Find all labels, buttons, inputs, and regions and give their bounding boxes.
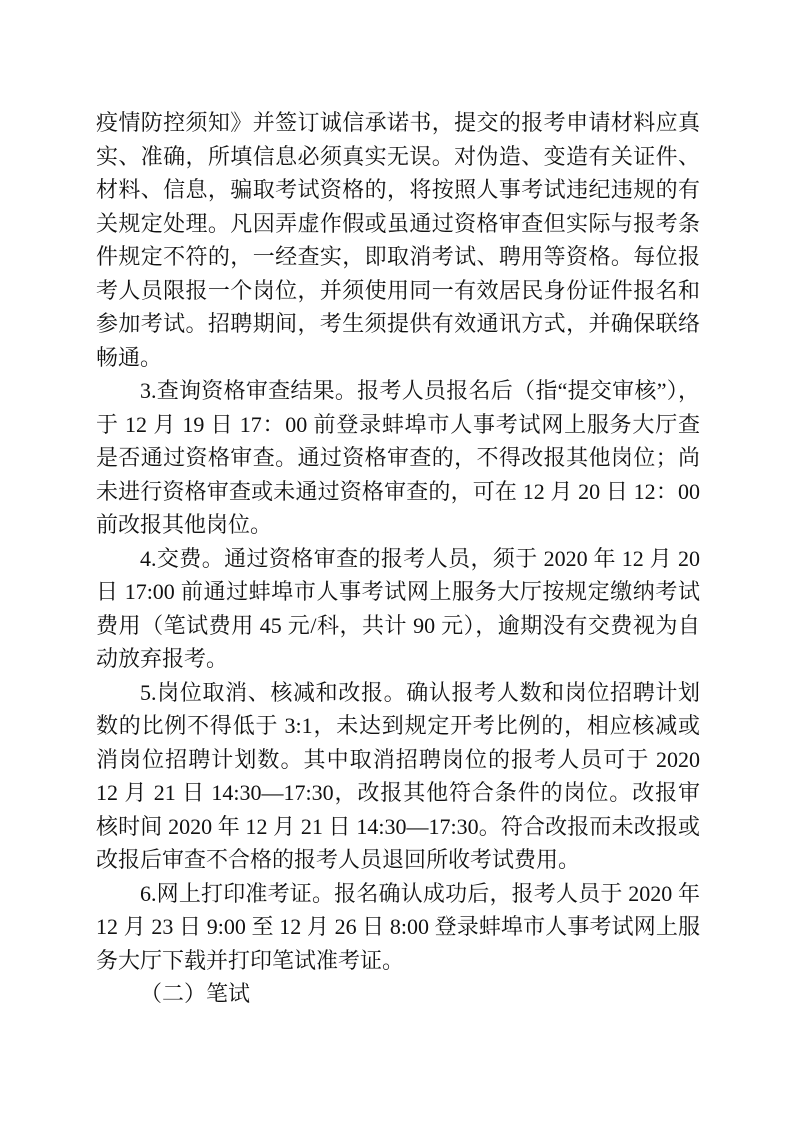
text-line: 5.岗位取消、核减和改报。确认报考人数和岗位招聘计划: [96, 676, 700, 710]
text-line: 改报后审查不合格的报考人员退回所收考试费用。: [96, 843, 700, 877]
text-line: 是否通过资格审查。通过资格审查的，不得改报其他岗位；尚: [96, 441, 700, 475]
paragraph: 4.交费。通过资格审查的报考人员，须于 2020 年 12 月 20日 17:0…: [96, 542, 700, 676]
text-line: 动放弃报考。: [96, 642, 700, 676]
text-line: 考人员限报一个岗位，并须使用同一有效居民身份证件报名和: [96, 274, 700, 308]
text-line: 于 12 月 19 日 17：00 前登录蚌埠市人事考试网上服务大厅查询: [96, 408, 700, 442]
paragraph: 6.网上打印准考证。报名确认成功后，报考人员于 2020 年12 月 23 日 …: [96, 877, 700, 978]
text-line: 疫情防控须知》并签订诚信承诺书，提交的报考申请材料应真: [96, 106, 700, 140]
paragraph: （二）笔试: [96, 977, 700, 1011]
text-line: 材料、信息，骗取考试资格的，将按照人事考试违纪违规的有: [96, 173, 700, 207]
text-line: （二）笔试: [96, 977, 700, 1011]
text-line: 未进行资格审查或未通过资格审查的，可在 12 月 20 日 12：00: [96, 475, 700, 509]
text-line: 费用（笔试费用 45 元/科，共计 90 元），逾期没有交费视为自: [96, 609, 700, 643]
text-line: 核时间 2020 年 12 月 21 日 14:30—17:30。符合改报而未改…: [96, 810, 700, 844]
text-line: 实、准确，所填信息必须真实无误。对伪造、变造有关证件、: [96, 140, 700, 174]
text-line: 参加考试。招聘期间，考生须提供有效通讯方式，并确保联络: [96, 307, 700, 341]
text-line: 3.查询资格审查结果。报考人员报名后（指“提交审核”），: [96, 374, 700, 408]
paragraph: 疫情防控须知》并签订诚信承诺书，提交的报考申请材料应真实、准确，所填信息必须真实…: [96, 106, 700, 374]
text-line: 消岗位招聘计划数。其中取消招聘岗位的报考人员可于 2020 年: [96, 743, 700, 777]
text-line: 日 17:00 前通过蚌埠市人事考试网上服务大厅按规定缴纳考试: [96, 575, 700, 609]
document-page: 疫情防控须知》并签订诚信承诺书，提交的报考申请材料应真实、准确，所填信息必须真实…: [0, 0, 793, 1122]
text-line: 关规定处理。凡因弄虚作假或虽通过资格审查但实际与报考条: [96, 207, 700, 241]
text-line: 12 月 21 日 14:30—17:30，改报其他符合条件的岗位。改报审: [96, 776, 700, 810]
text-line: 务大厅下载并打印笔试准考证。: [96, 944, 700, 978]
text-line: 数的比例不得低于 3:1，未达到规定开考比例的，相应核减或取: [96, 709, 700, 743]
text-line: 4.交费。通过资格审查的报考人员，须于 2020 年 12 月 20: [96, 542, 700, 576]
paragraph: 5.岗位取消、核减和改报。确认报考人数和岗位招聘计划数的比例不得低于 3:1，未…: [96, 676, 700, 877]
paragraph: 3.查询资格审查结果。报考人员报名后（指“提交审核”），于 12 月 19 日 …: [96, 374, 700, 542]
text-line: 件规定不符的，一经查实，即取消考试、聘用等资格。每位报: [96, 240, 700, 274]
text-line: 畅通。: [96, 341, 700, 375]
text-line: 6.网上打印准考证。报名确认成功后，报考人员于 2020 年: [96, 877, 700, 911]
text-line: 12 月 23 日 9:00 至 12 月 26 日 8:00 登录蚌埠市人事考…: [96, 910, 700, 944]
document-body: 疫情防控须知》并签订诚信承诺书，提交的报考申请材料应真实、准确，所填信息必须真实…: [96, 106, 700, 1011]
text-line: 前改报其他岗位。: [96, 508, 700, 542]
